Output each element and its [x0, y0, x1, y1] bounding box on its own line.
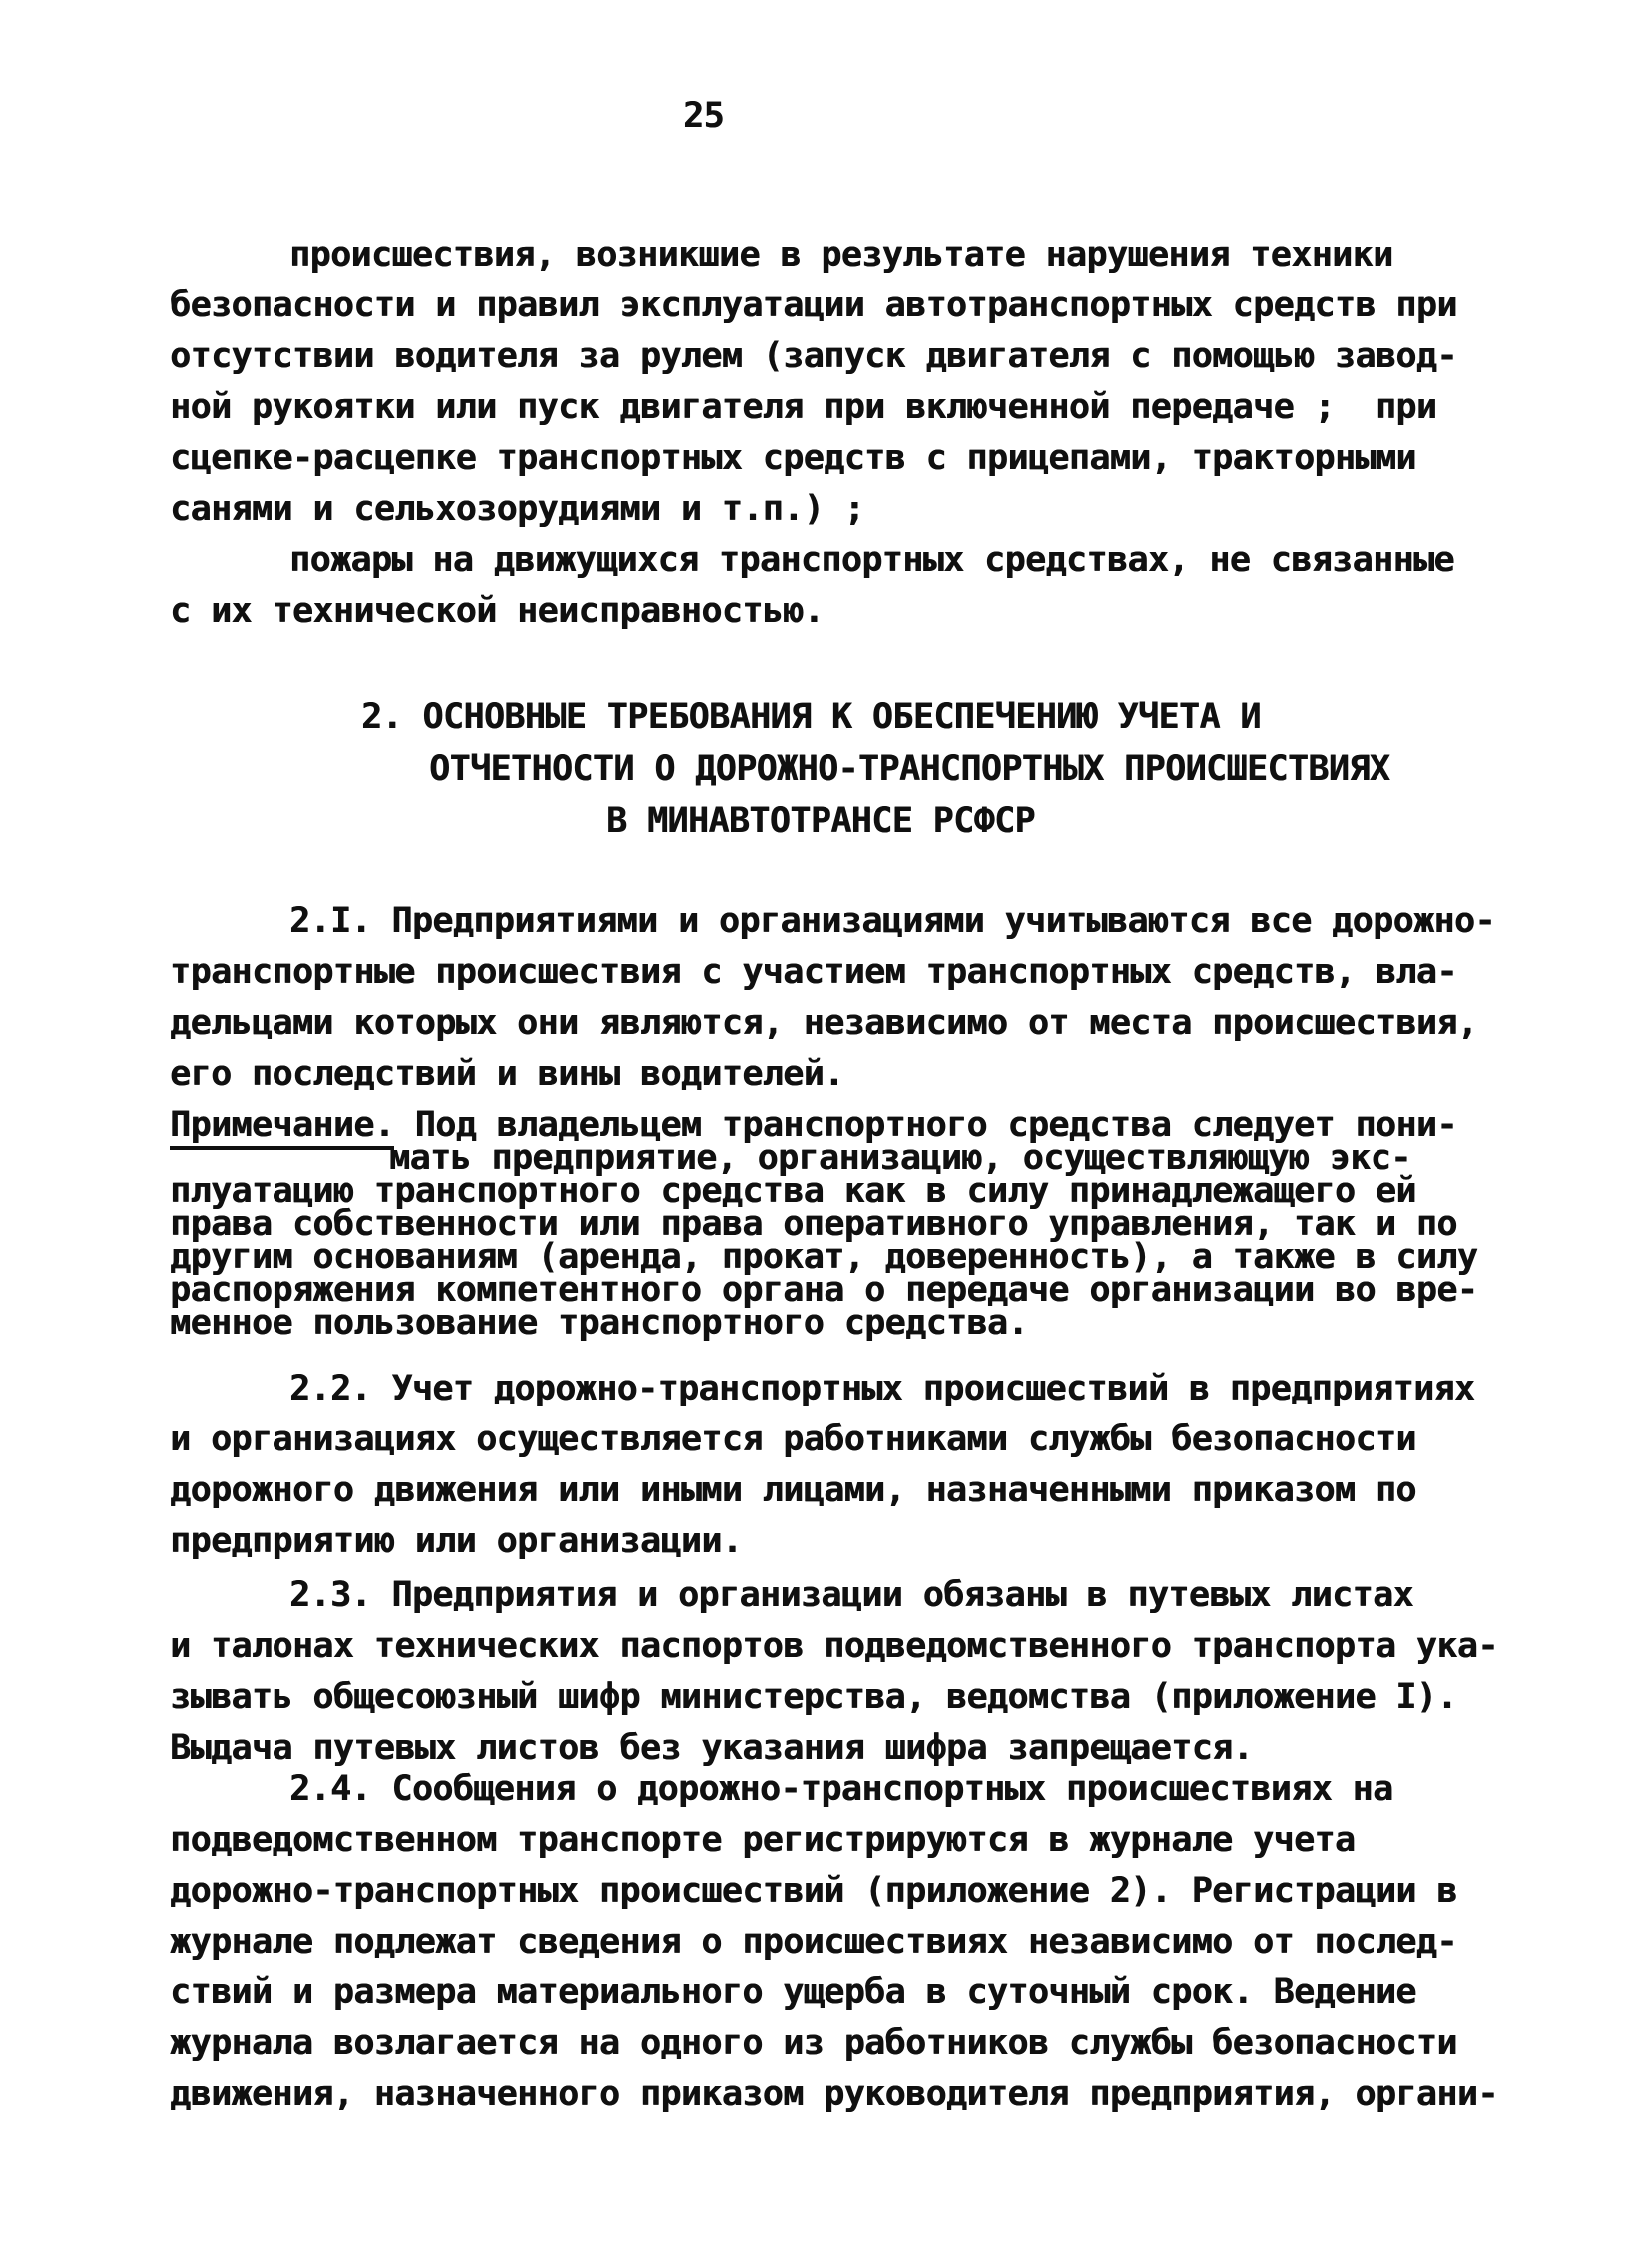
note-block: Примечание. Под владельцем транспортного… [170, 1109, 1498, 1340]
paragraph-2-1: 2.I. Предприятиями и организациями учиты… [170, 896, 1498, 1100]
text-line: безопасности и правил эксплуатации автот… [170, 280, 1498, 331]
section-heading: 2. ОСНОВНЫЕ ТРЕБОВАНИЯ К ОБЕСПЕЧЕНИЮ УЧЕ… [170, 691, 1498, 846]
text-line: и талонах технических паспортов подведом… [170, 1621, 1498, 1672]
text-line: 2.3. Предприятия и организации обязаны в… [170, 1570, 1498, 1621]
page-number: 25 [683, 96, 724, 136]
text-line: журнала возлагается на одного из работни… [170, 2018, 1498, 2069]
text-line: происшествия, возникшие в результате нар… [170, 230, 1498, 280]
text-line: пожары на движущихся транспортных средст… [170, 535, 1498, 586]
document-page: 25 происшествия, возникшие в результате … [0, 0, 1652, 2242]
text-line: ной рукоятки или пуск двигателя при вклю… [170, 382, 1498, 433]
text-line: его последствий и вины водителей. [170, 1049, 1498, 1100]
paragraph-accidents-exclusions: происшествия, возникшие в результате нар… [170, 230, 1498, 535]
text-line: транспортные происшествия с участием тра… [170, 947, 1498, 998]
page-content: происшествия, возникшие в результате нар… [170, 230, 1498, 2120]
text-line: отсутствии водителя за рулем (запуск дви… [170, 331, 1498, 382]
paragraph-2-3: 2.3. Предприятия и организации обязаны в… [170, 1570, 1498, 1774]
heading-line: 2. ОСНОВНЫЕ ТРЕБОВАНИЯ К ОБЕСПЕЧЕНИЮ УЧЕ… [170, 691, 1498, 743]
text-line: менное пользование транспортного средств… [170, 1307, 1498, 1340]
text-line: журнале подлежат сведения о происшествия… [170, 1917, 1498, 1967]
text-line: сцепке-расцепке транспортных средств с п… [170, 433, 1498, 484]
text-line: 2.2. Учет дорожно-транспортных происшест… [170, 1364, 1498, 1414]
heading-line: В МИНАВТОТРАНСЕ РСФСР [170, 795, 1498, 846]
text-line: предприятию или организации. [170, 1516, 1498, 1567]
paragraph-2-2: 2.2. Учет дорожно-транспортных происшест… [170, 1364, 1498, 1567]
text-line: дельцами которых они являются, независим… [170, 998, 1498, 1049]
text-line: подведомственном транспорте регистрируют… [170, 1815, 1498, 1866]
text-line: дорожного движения или иными лицами, наз… [170, 1465, 1498, 1516]
text-line: зывать общесоюзный шифр министерства, ве… [170, 1672, 1498, 1723]
text-line: движения, назначенного приказом руководи… [170, 2069, 1498, 2120]
heading-line: ОТЧЕТНОСТИ О ДОРОЖНО-ТРАНСПОРТНЫХ ПРОИСШ… [170, 743, 1498, 795]
text-line: и организациях осуществляется работникам… [170, 1414, 1498, 1465]
text-line: с их технической неисправностью. [170, 586, 1498, 637]
paragraph-2-4: 2.4. Сообщения о дорожно-транспортных пр… [170, 1764, 1498, 2120]
text-line: 2.4. Сообщения о дорожно-транспортных пр… [170, 1764, 1498, 1815]
paragraph-fires: пожары на движущихся транспортных средст… [170, 535, 1498, 637]
text-line: 2.I. Предприятиями и организациями учиты… [170, 896, 1498, 947]
note-label: Примечание. [170, 1105, 394, 1150]
text-line: ствий и размера материального ущерба в с… [170, 1967, 1498, 2018]
text-line: санями и сельхозорудиями и т.п.) ; [170, 484, 1498, 535]
text-line: дорожно-транспортных происшествий (прило… [170, 1866, 1498, 1917]
